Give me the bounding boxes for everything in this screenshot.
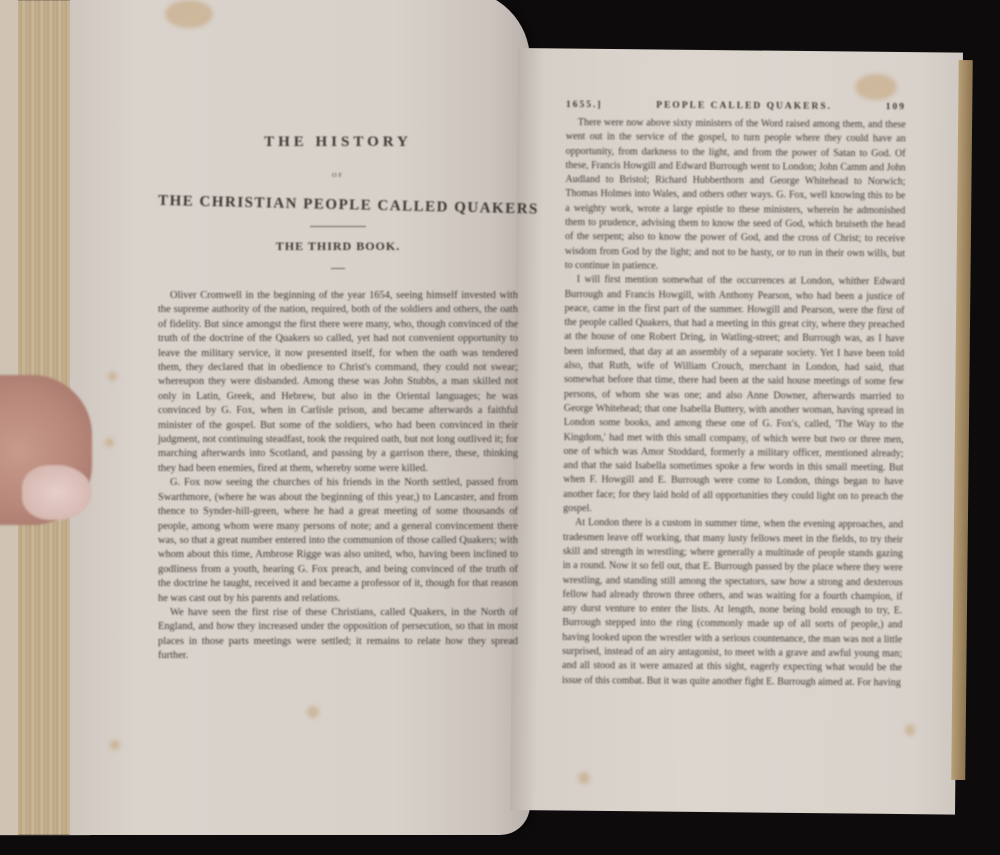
title-of: OF	[158, 173, 518, 179]
book-heading: THE THIRD BOOK.	[158, 239, 518, 254]
title-history: THE HISTORY	[158, 134, 518, 151]
paragraph: We have seen the first rise of these Chr…	[158, 606, 518, 664]
paragraph: Oliver Cromwell in the beginning of the …	[158, 289, 518, 476]
running-head-year: 1655.]	[566, 100, 603, 110]
heading-rule	[331, 268, 345, 269]
foxing-spot	[855, 74, 897, 100]
right-page-body: There were now above sixty ministers of …	[562, 116, 906, 690]
foxing-spot	[307, 706, 319, 718]
right-page-text: 1655.] PEOPLE CALLED QUAKERS. 109 There …	[562, 100, 906, 690]
running-head: 1655.] PEOPLE CALLED QUAKERS. 109	[566, 100, 906, 112]
title-rule	[310, 226, 366, 227]
left-page-body: Oliver Cromwell in the beginning of the …	[158, 289, 518, 664]
book-photo-scene: THE HISTORY OF THE CHRISTIAN PEOPLE CALL…	[0, 0, 1000, 855]
foxing-spot	[165, 0, 213, 28]
paragraph: There were now above sixty ministers of …	[565, 116, 906, 276]
paragraph: G. Fox now seeing the churches of his fr…	[158, 476, 518, 606]
foxing-spot	[108, 372, 117, 381]
left-page-text: THE HISTORY OF THE CHRISTIAN PEOPLE CALL…	[158, 118, 518, 664]
foxing-spot	[110, 740, 120, 750]
thumbnail	[22, 465, 92, 520]
paragraph: At London there is a custom in summer ti…	[562, 516, 903, 690]
running-head-title: PEOPLE CALLED QUAKERS.	[656, 101, 832, 112]
foxing-spot	[905, 724, 915, 736]
page-number: 109	[886, 102, 906, 112]
paragraph: I will first mention somewhat of the occ…	[563, 273, 905, 518]
foxing-spot	[105, 438, 114, 447]
title-main: THE CHRISTIAN PEOPLE CALLED QUAKERS	[158, 193, 518, 218]
foxing-spot	[578, 772, 590, 784]
